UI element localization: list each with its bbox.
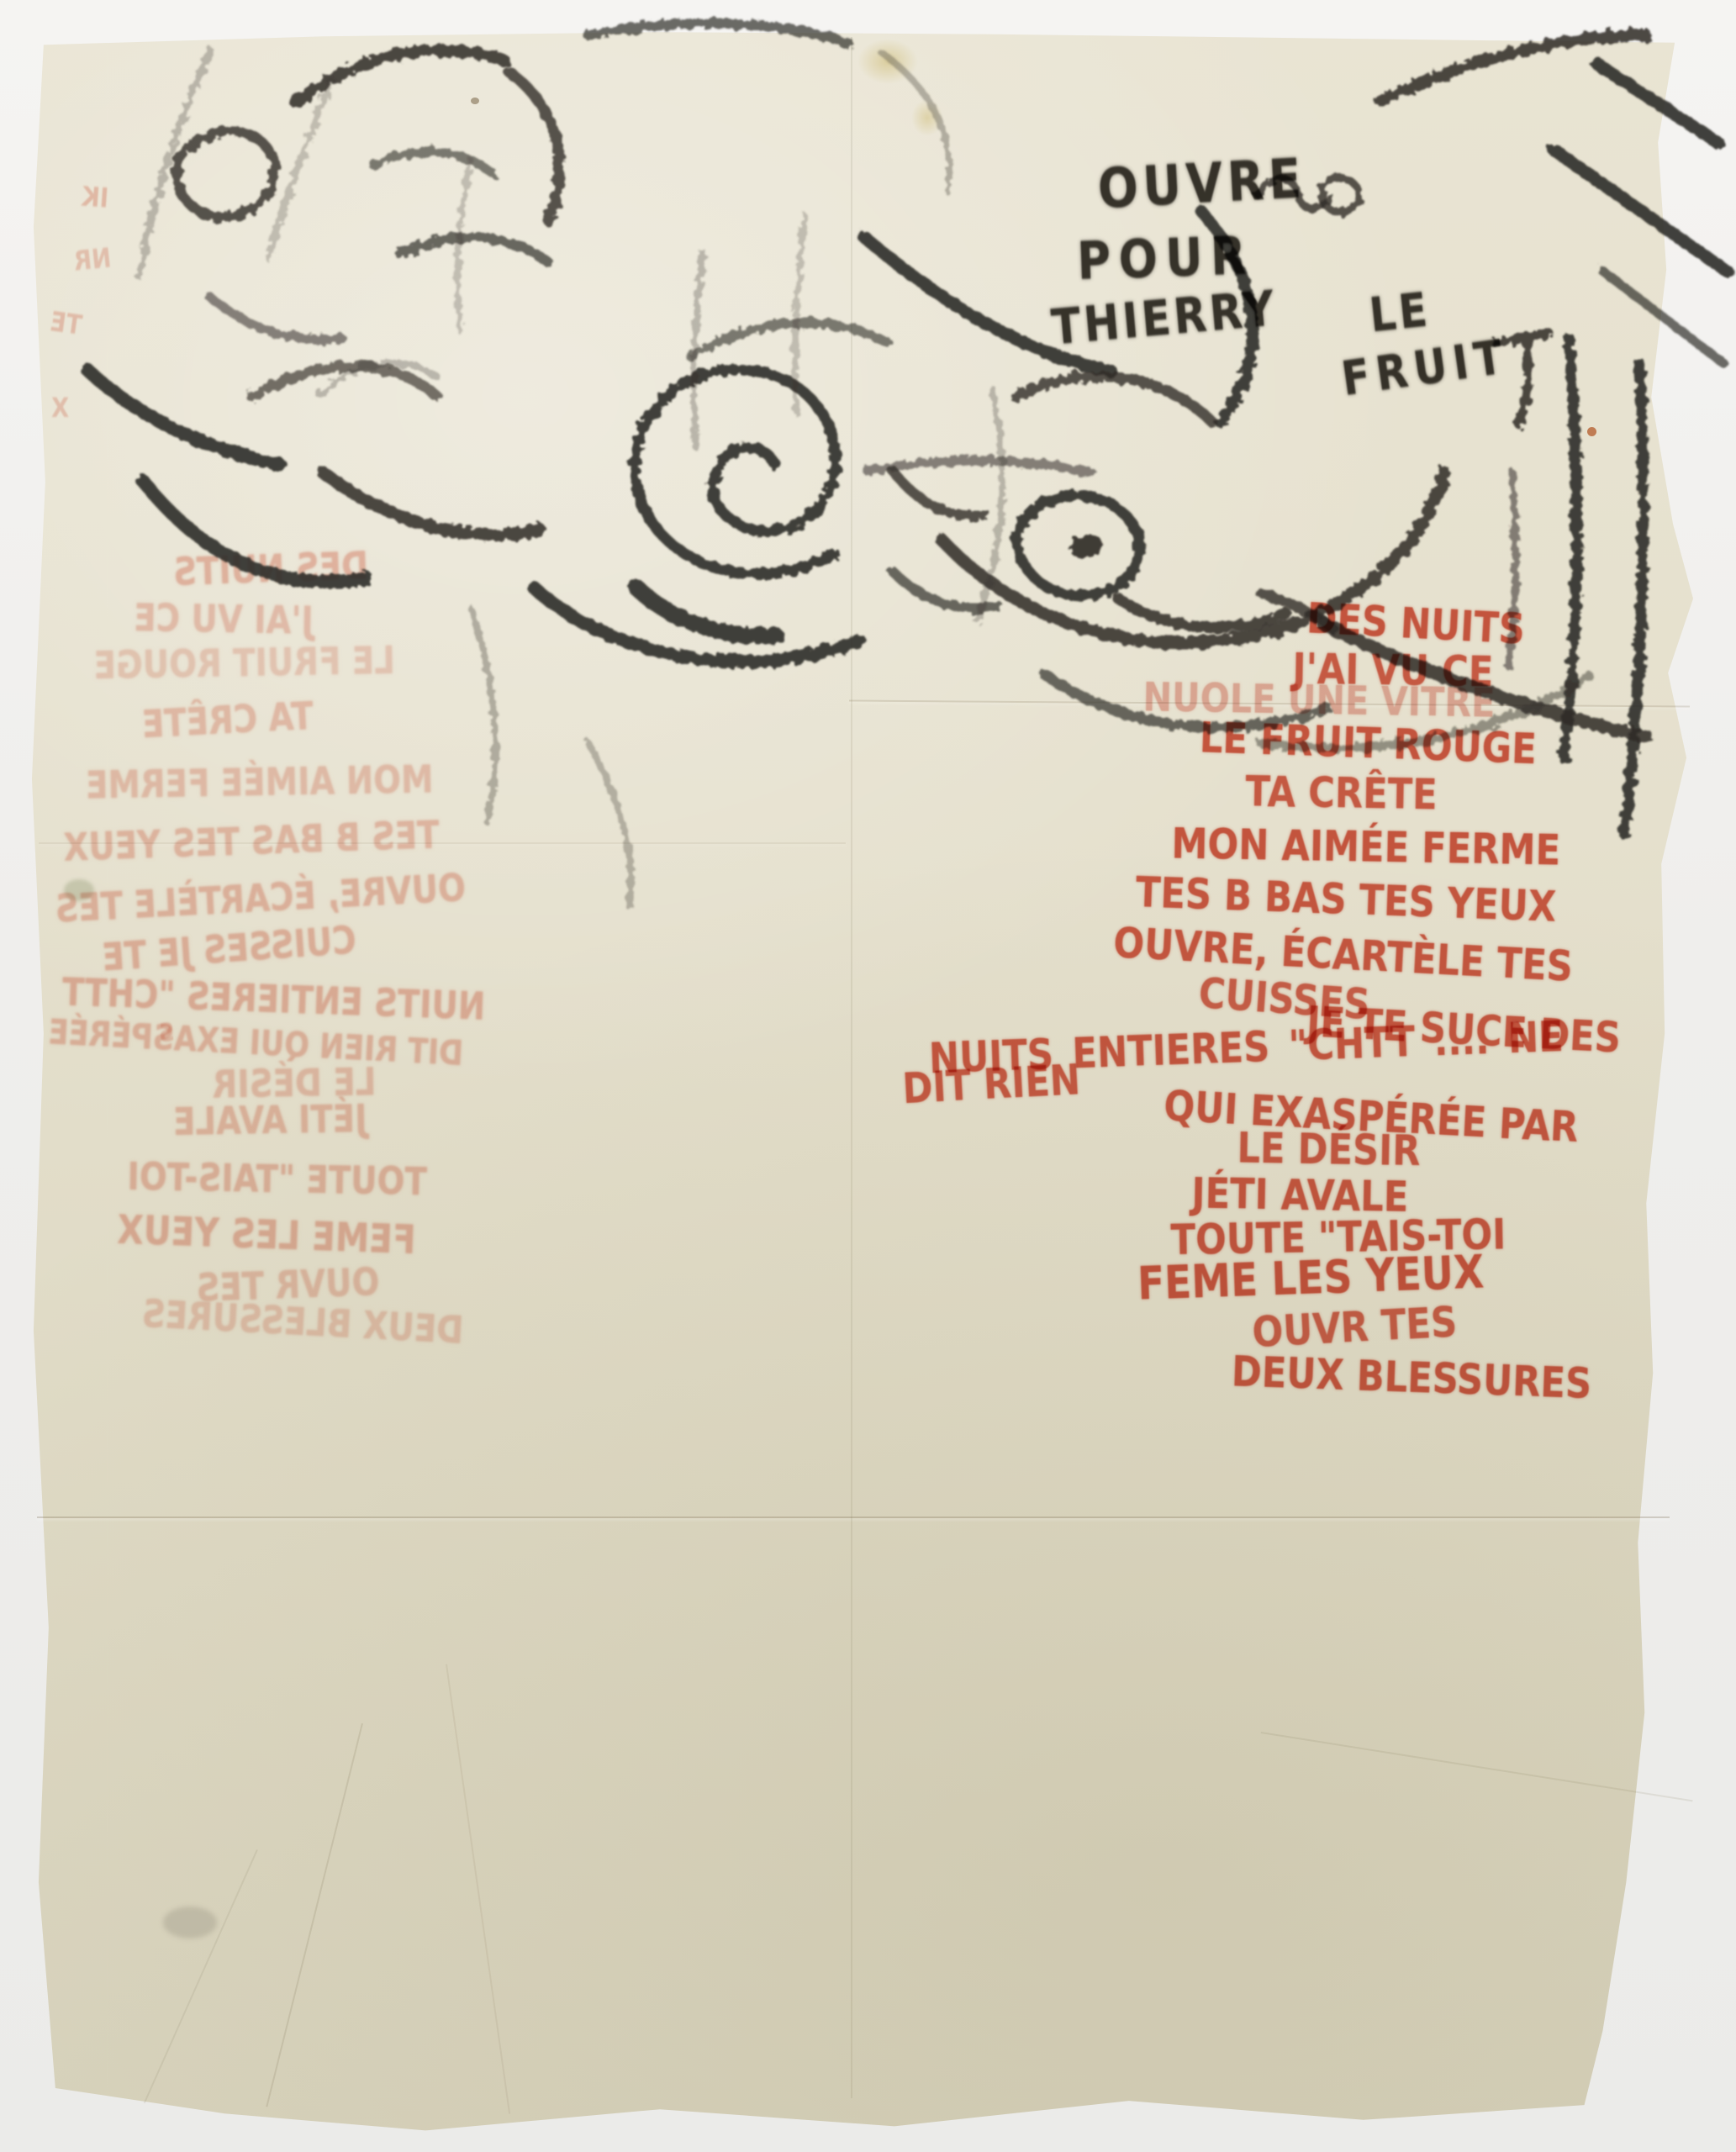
figure-stroke [400, 238, 548, 262]
sketch-stroke [471, 609, 495, 822]
figure-stroke-left-arm [143, 481, 367, 582]
figure-stroke-top-center [588, 24, 849, 44]
figure-stroke-hatch [1597, 64, 1718, 143]
figure-stroke-body-sweep [1323, 624, 1646, 736]
figure-stroke [691, 323, 888, 356]
sketch-stroke [588, 743, 631, 906]
figure-stroke-neck [1200, 210, 1253, 422]
charcoal-figure-drawing [0, 0, 1736, 2152]
figure-stroke [208, 296, 341, 340]
figure-stroke [509, 72, 560, 220]
figure-stroke-shoulder [1016, 377, 1212, 422]
figure-stroke-spiral-head [635, 369, 836, 573]
figure-stroke-thigh [1044, 674, 1327, 727]
figure-stroke [868, 461, 1091, 472]
figure-nipple [1067, 531, 1105, 561]
figure-stroke-back [864, 237, 1111, 372]
figure-stroke-underbreast [1118, 599, 1286, 627]
figure-stroke-leg-vertical [1624, 363, 1644, 834]
figure-stroke [323, 472, 540, 535]
figure-stroke-hatch [1602, 271, 1723, 363]
artwork-scan: DES NUITSJ'AI VU CELE FRUIT ROUGETA CRÊT… [0, 0, 1736, 2152]
figure-stroke [373, 151, 493, 173]
figure-stroke-left-shoulder [87, 370, 279, 464]
figure-stroke-t-mark [1496, 333, 1549, 424]
sketch-stroke [881, 52, 950, 192]
figure-stroke-baby-head [177, 131, 275, 217]
figure-stroke-chin [893, 471, 985, 515]
figure-stroke [1508, 472, 1516, 666]
figure-stroke [252, 367, 437, 397]
sketch-stroke [457, 160, 471, 332]
figure-stroke-dark-wedge [636, 587, 775, 636]
figure-stroke-hatch [1554, 150, 1728, 272]
